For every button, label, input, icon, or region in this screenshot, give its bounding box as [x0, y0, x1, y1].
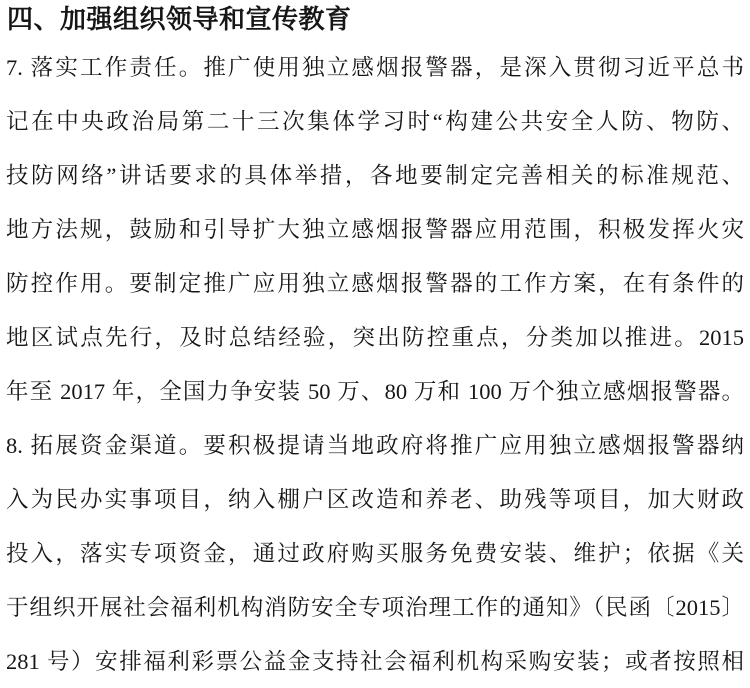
body-line: 技防网络”讲话要求的具体举措，各地要制定完善相关的标准规范、 — [6, 149, 744, 203]
body-line: 7. 落实工作责任。推广使用独立感烟报警器，是深入贯彻习近平总书 — [6, 41, 744, 95]
body-line: 记在中央政治局第二十三次集体学习时“构建公共安全人防、物防、 — [6, 95, 744, 149]
body-line: 防控作用。要制定推广应用独立感烟报警器的工作方案，在有条件的 — [6, 257, 744, 311]
body-line: 投入，落实专项资金，通过政府购买服务免费安装、维护；依据《关 — [6, 527, 744, 581]
body-line: 年至 2017 年，全国力争安装 50 万、80 万和 100 万个独立感烟报警… — [6, 365, 744, 419]
document-page: 四、加强组织领导和宣传教育 7. 落实工作责任。推广使用独立感烟报警器，是深入贯… — [0, 0, 750, 688]
section-heading: 四、加强组织领导和宣传教育 — [7, 0, 743, 40]
body-line: 281 号）安排福利彩票公益金支持社会福利机构采购安装；或者按照相 — [6, 635, 744, 688]
body-line: 入为民办实事项目，纳入棚户区改造和养老、助残等项目，加大财政 — [6, 473, 744, 527]
document-body: 7. 落实工作责任。推广使用独立感烟报警器，是深入贯彻习近平总书 记在中央政治局… — [6, 41, 744, 688]
body-line: 地方法规，鼓励和引导扩大独立感烟报警器应用范围，积极发挥火灾 — [6, 203, 744, 257]
body-line: 8. 拓展资金渠道。要积极提请当地政府将推广应用独立感烟报警器纳 — [6, 419, 744, 473]
body-line: 于组织开展社会福利机构消防安全专项治理工作的通知》（民函〔2015〕 — [6, 581, 744, 635]
body-line: 地区试点先行，及时总结经验，突出防控重点，分类加以推进。2015 — [6, 311, 744, 365]
